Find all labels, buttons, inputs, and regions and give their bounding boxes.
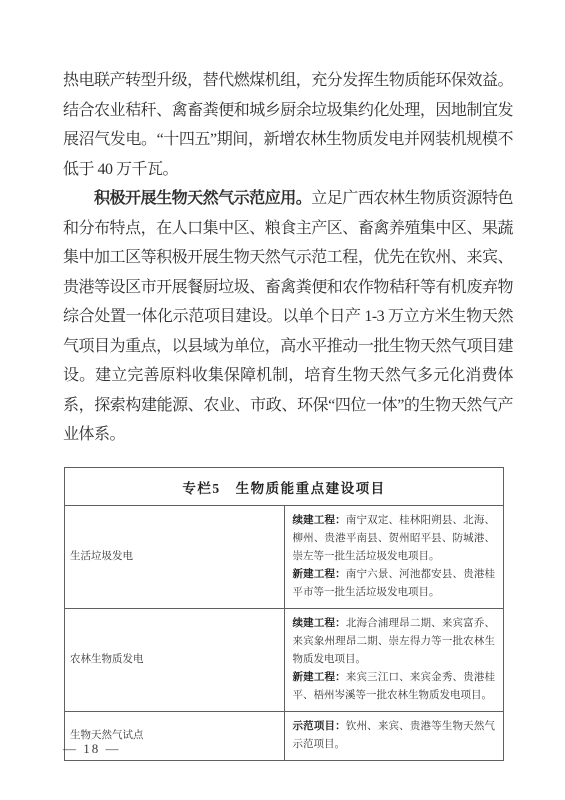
project-item: 示范项目：钦州、来宾、贵港等生物天然气示范项目。 [293, 718, 496, 754]
key-projects-table: 专栏5 生物质能重点建设项目 生活垃圾发电 续建工程：南宁双定、桂林阳朔县、北海… [64, 467, 504, 761]
table-title-row: 专栏5 生物质能重点建设项目 [65, 467, 504, 505]
table-row: 生活垃圾发电 续建工程：南宁双定、桂林阳朔县、北海、柳州、贵港平南县、贺州昭平县… [65, 505, 504, 608]
category-bio-natural-gas-pilot-details: 示范项目：钦州、来宾、贵港等生物天然气示范项目。 [284, 711, 504, 760]
paragraph-text: 立足广西农林生物质资源特色和分布特点，在人口集中区、粮食主产区、畜禽养殖集中区、… [63, 190, 513, 443]
project-item-label: 续建工程： [293, 515, 346, 526]
category-agroforestry-biomass-details: 续建工程：北海合浦理昂二期、来宾富乔、来宾象州理昂二期、崇左得力等一批农林生物质… [284, 608, 504, 711]
paragraph-continuation: 热电联产转型升级，替代燃煤机组，充分发挥生物质能环保效益。结合农业秸秆、禽畜粪便… [63, 66, 513, 184]
document-page: 热电联产转型升级，替代燃煤机组，充分发挥生物质能环保效益。结合农业秸秆、禽畜粪便… [0, 0, 565, 800]
project-item-label: 示范项目： [293, 721, 346, 732]
project-item: 续建工程：北海合浦理昂二期、来宾富乔、来宾象州理昂二期、崇左得力等一批农林生物质… [293, 615, 496, 669]
project-item-label: 新建工程： [293, 672, 346, 683]
paragraph-bio-gas: 积极开展生物天然气示范应用。立足广西农林生物质资源特色和分布特点，在人口集中区、… [63, 184, 513, 450]
table-row: 生物天然气试点 示范项目：钦州、来宾、贵港等生物天然气示范项目。 [65, 711, 504, 760]
paragraph-lead-bold: 积极开展生物天然气示范应用。 [94, 190, 311, 207]
table-row: 农林生物质发电 续建工程：北海合浦理昂二期、来宾富乔、来宾象州理昂二期、崇左得力… [65, 608, 504, 711]
category-waste-power: 生活垃圾发电 [65, 505, 285, 608]
table-title: 专栏5 生物质能重点建设项目 [65, 467, 504, 505]
category-waste-power-details: 续建工程：南宁双定、桂林阳朔县、北海、柳州、贵港平南县、贺州昭平县、防城港、崇左… [284, 505, 504, 608]
project-item-label: 续建工程： [293, 618, 346, 629]
page-number: — 18 — [63, 741, 121, 757]
project-item: 续建工程：南宁双定、桂林阳朔县、北海、柳州、贵港平南县、贺州昭平县、防城港、崇左… [293, 512, 496, 566]
project-item-label: 新建工程： [293, 569, 346, 580]
category-agroforestry-biomass: 农林生物质发电 [65, 608, 285, 711]
project-item: 新建工程：南宁六景、河池都安县、贵港桂平市等一批生活垃圾发电项目。 [293, 566, 496, 602]
paragraph-text: 热电联产转型升级，替代燃煤机组，充分发挥生物质能环保效益。结合农业秸秆、禽畜粪便… [63, 72, 513, 178]
project-item: 新建工程：来宾三江口、来宾金秀、贵港桂平、梧州岑溪等一批农林生物质发电项目。 [293, 669, 496, 705]
page-content: 热电联产转型升级，替代燃煤机组，充分发挥生物质能环保效益。结合农业秸秆、禽畜粪便… [63, 66, 513, 761]
